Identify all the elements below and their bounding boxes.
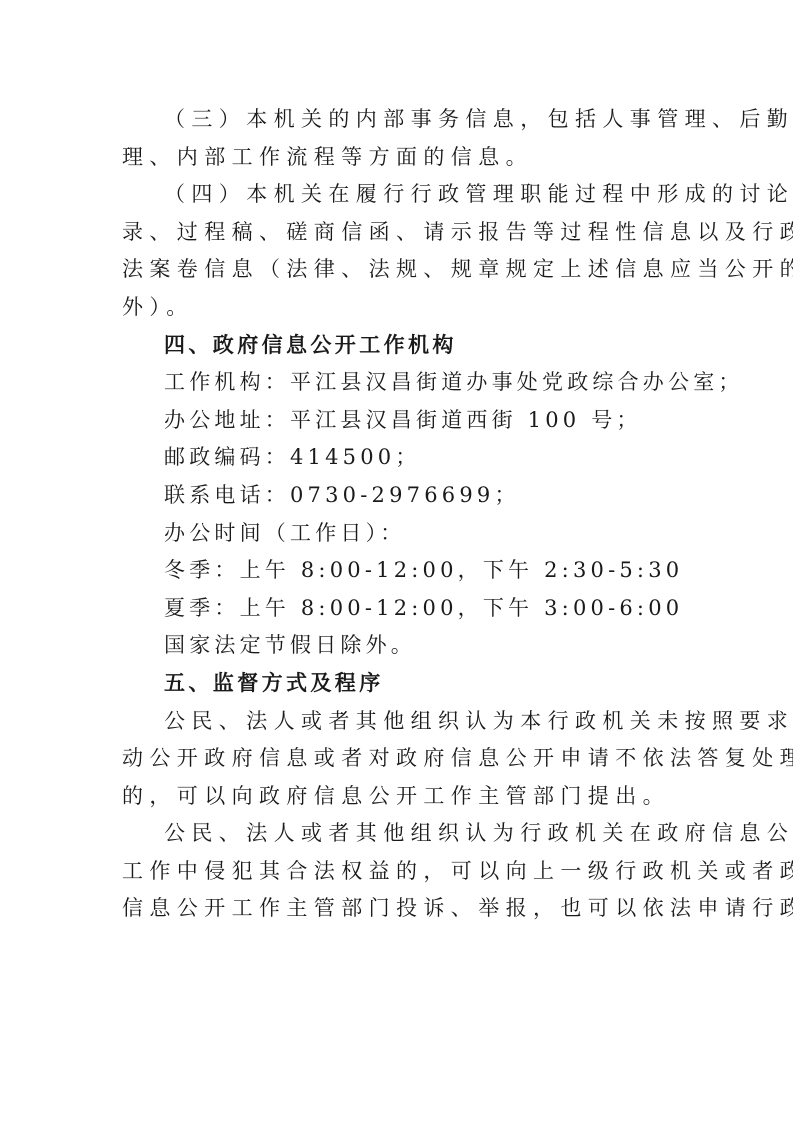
document-page: （三）本机关的内部事务信息，包括人事管理、后勤管 理、内部工作流程等方面的信息。…: [122, 101, 678, 928]
paragraph-item-4-line-4: 外）。: [122, 289, 678, 327]
info-postal-code: 邮政编码：414500；: [122, 439, 678, 477]
paragraph-item-4-line-2: 录、过程稿、磋商信函、请示报告等过程性信息以及行政执: [122, 214, 678, 252]
info-phone: 联系电话：0730-2976699；: [122, 477, 678, 515]
supervision-para-2-line-3: 信息公开工作主管部门投诉、举报，也可以依法申请行政复: [122, 890, 678, 928]
supervision-para-1-line-1: 公民、法人或者其他组织认为本行政机关未按照要求主: [122, 703, 678, 741]
info-holiday-note: 国家法定节假日除外。: [122, 627, 678, 665]
supervision-para-1-line-3: 的，可以向政府信息公开工作主管部门提出。: [122, 778, 678, 816]
supervision-para-2-line-1: 公民、法人或者其他组织认为行政机关在政府信息公开: [122, 815, 678, 853]
info-office-address: 办公地址：平江县汉昌街道西街 100 号；: [122, 402, 678, 440]
section-heading-4: 四、政府信息公开工作机构: [122, 327, 678, 365]
paragraph-item-4-line-1: （四）本机关在履行行政管理职能过程中形成的讨论记: [122, 176, 678, 214]
supervision-para-2-line-2: 工作中侵犯其合法权益的，可以向上一级行政机关或者政府: [122, 853, 678, 891]
info-office-hours-label: 办公时间（工作日）：: [122, 515, 678, 553]
supervision-para-1-line-2: 动公开政府信息或者对政府信息公开申请不依法答复处理: [122, 740, 678, 778]
paragraph-item-4-line-3: 法案卷信息（法律、法规、规章规定上述信息应当公开的除: [122, 251, 678, 289]
paragraph-item-3-line-1: （三）本机关的内部事务信息，包括人事管理、后勤管: [122, 101, 678, 139]
info-summer-hours: 夏季：上午 8:00-12:00，下午 3:00-6:00: [122, 590, 678, 628]
paragraph-item-3-line-2: 理、内部工作流程等方面的信息。: [122, 139, 678, 177]
info-winter-hours: 冬季：上午 8:00-12:00，下午 2:30-5:30: [122, 552, 678, 590]
section-heading-5: 五、监督方式及程序: [122, 665, 678, 703]
info-work-agency: 工作机构：平江县汉昌街道办事处党政综合办公室；: [122, 364, 678, 402]
